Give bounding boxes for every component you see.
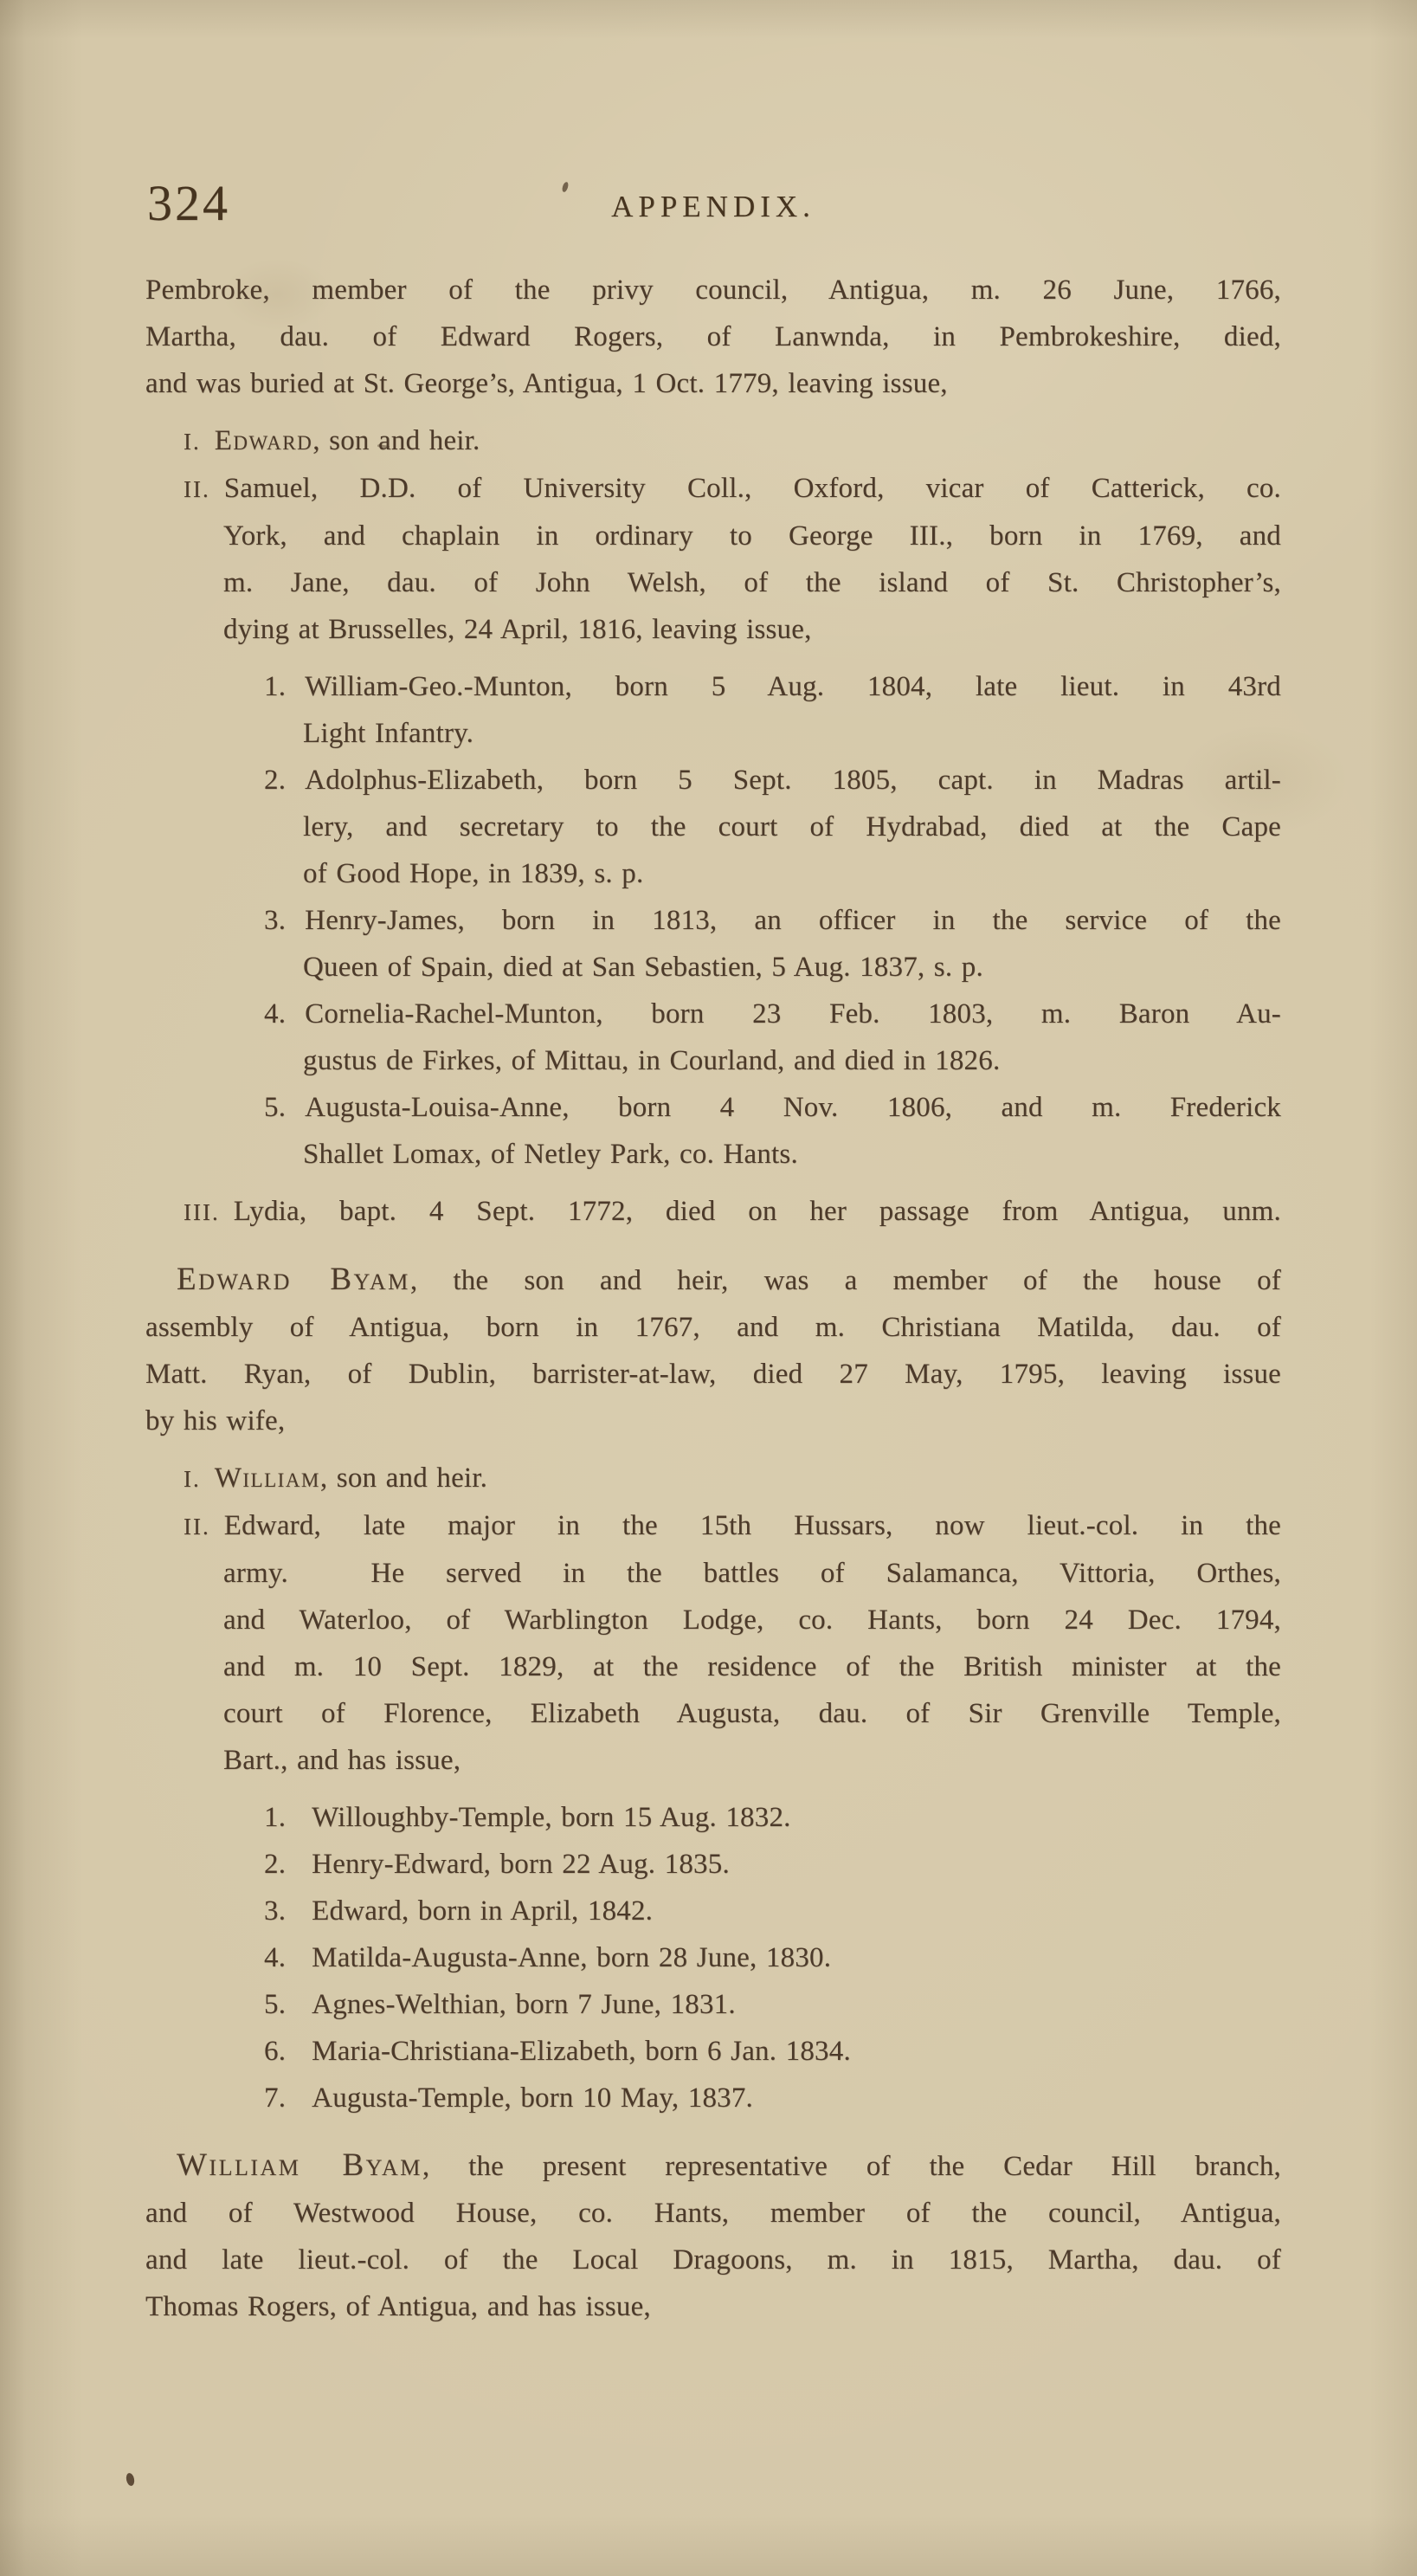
person-name: William Byam <box>177 2147 422 2183</box>
text-run: William-Geo.-Munton, born 5 Aug. 1804, l… <box>305 671 1281 702</box>
text-line: Pembroke, member of the privy council, A… <box>145 267 1281 313</box>
text-line: 3.Henry-James, born in 1813, an officer … <box>303 897 1281 944</box>
sublist-edward-children: 1.Willoughby-Temple, born 15 Aug. 1832. … <box>145 1794 1281 2121</box>
list-marker: 3. <box>264 1895 286 1927</box>
list-marker: 3. <box>264 905 286 936</box>
list-item: 1.William-Geo.-Munton, born 5 Aug. 1804,… <box>145 663 1281 757</box>
text-line: gustus de Firkes, of Mittau, in Courland… <box>303 1037 1281 1084</box>
list-marker: 1. <box>264 671 286 702</box>
text-line: lery, and secretary to the court of Hydr… <box>303 804 1281 850</box>
text-line: York, and chaplain in ordinary to George… <box>223 513 1281 559</box>
text-run: Augusta-Louisa-Anne, born 4 Nov. 1806, a… <box>305 1092 1281 1123</box>
paragraph-edward-byam: Edward Byam, the son and heir, was a mem… <box>145 1256 1281 1444</box>
text-line: and was buried at St. George’s, Antigua,… <box>145 360 1281 407</box>
text-run: Maria-Christiana-Elizabeth, born 6 Jan. … <box>312 2036 851 2067</box>
person-name: Edward Byam <box>177 1262 410 1297</box>
text-run: Edward, born in April, 1842. <box>312 1895 653 1927</box>
text-run: , son and heir. <box>320 1462 487 1494</box>
list-marker: 4. <box>264 998 286 1030</box>
list-marker: 6. <box>264 2036 286 2067</box>
text-run: Willoughby-Temple, born 15 Aug. 1832. <box>312 1802 790 1833</box>
text-line: William Byam, the present representative… <box>145 2142 1281 2190</box>
list-marker: I. <box>184 429 201 455</box>
list-marker: 4. <box>264 1942 286 1973</box>
list-marker: I. <box>184 1466 201 1492</box>
scanned-book-page: 324 APPENDIX. Pembroke, member of the pr… <box>0 0 1417 2576</box>
list-item-edward-heir: I.Edward, son and heir. <box>145 417 1281 465</box>
text-line: army. He served in the battles of Salama… <box>223 1550 1281 1597</box>
list-item: 1.Willoughby-Temple, born 15 Aug. 1832. <box>145 1794 1281 1841</box>
text-line: III.Lydia, bapt. 4 Sept. 1772, died on h… <box>223 1188 1281 1236</box>
text-run: Adolphus-Elizabeth, born 5 Sept. 1805, c… <box>305 765 1281 796</box>
text-line: by his wife, <box>145 1398 1281 1444</box>
text-line: 1.William-Geo.-Munton, born 5 Aug. 1804,… <box>303 663 1281 710</box>
page-body: Pembroke, member of the privy council, A… <box>145 267 1281 2330</box>
text-line: II.Samuel, D.D. of University Coll., Oxf… <box>223 465 1281 513</box>
text-line: of Good Hope, in 1839, s. p. <box>303 850 1281 897</box>
text-run: Edward, late major in the 15th Hussars, … <box>224 1510 1281 1541</box>
person-name: William <box>215 1462 320 1494</box>
text-line: Martha, dau. of Edward Rogers, of Lanwnd… <box>145 313 1281 360</box>
text-run: Matilda-Augusta-Anne, born 28 June, 1830… <box>312 1942 831 1973</box>
text-line: 1.Willoughby-Temple, born 15 Aug. 1832. <box>303 1794 1281 1841</box>
list-item-samuel: II.Samuel, D.D. of University Coll., Oxf… <box>145 465 1281 653</box>
list-marker: 2. <box>264 765 286 796</box>
text-line: 5.Augusta-Louisa-Anne, born 4 Nov. 1806,… <box>303 1084 1281 1131</box>
text-line: m. Jane, dau. of John Welsh, of the isla… <box>223 559 1281 606</box>
list-item: 3.Edward, born in April, 1842. <box>145 1888 1281 1934</box>
list-item: 3.Henry-James, born in 1813, an officer … <box>145 897 1281 991</box>
list-marker: II. <box>184 1514 210 1540</box>
list-marker: 5. <box>264 1092 286 1123</box>
text-line: 4.Cornelia-Rachel-Munton, born 23 Feb. 1… <box>303 991 1281 1037</box>
text-line: 5.Agnes-Welthian, born 7 June, 1831. <box>303 1981 1281 2028</box>
text-run: , son and heir. <box>312 425 480 456</box>
text-run: , the son and heir, was a member of the … <box>410 1265 1281 1296</box>
list-item: 5.Augusta-Louisa-Anne, born 4 Nov. 1806,… <box>145 1084 1281 1178</box>
list-item-william-heir: I.William, son and heir. <box>145 1455 1281 1502</box>
list-marker: 2. <box>264 1849 286 1880</box>
paragraph-pembroke: Pembroke, member of the privy council, A… <box>145 267 1281 407</box>
list-item: 7.Augusta-Temple, born 10 May, 1837. <box>145 2075 1281 2121</box>
text-line: 4.Matilda-Augusta-Anne, born 28 June, 18… <box>303 1934 1281 1981</box>
running-head: APPENDIX. <box>145 191 1281 222</box>
person-name: Edward <box>215 425 313 456</box>
text-line: Shallet Lomax, of Netley Park, co. Hants… <box>303 1131 1281 1178</box>
text-line: Bart., and has issue, <box>223 1737 1281 1784</box>
list-item: 2.Adolphus-Elizabeth, born 5 Sept. 1805,… <box>145 757 1281 897</box>
text-line: I.William, son and heir. <box>223 1455 1281 1502</box>
text-line: Light Infantry. <box>303 710 1281 757</box>
text-line: 3.Edward, born in April, 1842. <box>303 1888 1281 1934</box>
paragraph-william-byam: William Byam, the present representative… <box>145 2142 1281 2330</box>
list-item-lydia: III.Lydia, bapt. 4 Sept. 1772, died on h… <box>145 1188 1281 1236</box>
text-line: and m. 10 Sept. 1829, at the residence o… <box>223 1643 1281 1690</box>
text-line: and of Westwood House, co. Hants, member… <box>145 2190 1281 2237</box>
text-line: 7.Augusta-Temple, born 10 May, 1837. <box>303 2075 1281 2121</box>
list-marker: II. <box>184 476 210 502</box>
text-line: I.Edward, son and heir. <box>223 417 1281 465</box>
text-run: Agnes-Welthian, born 7 June, 1831. <box>312 1989 736 2020</box>
text-line: and Waterloo, of Warblington Lodge, co. … <box>223 1597 1281 1643</box>
text-run: Augusta-Temple, born 10 May, 1837. <box>312 2082 753 2114</box>
text-run: , the present representative of the Ceda… <box>422 2151 1281 2182</box>
ink-speck <box>126 2472 136 2487</box>
list-item: 6.Maria-Christiana-Elizabeth, born 6 Jan… <box>145 2028 1281 2075</box>
text-run: Lydia, bapt. 4 Sept. 1772, died on her p… <box>234 1196 1281 1227</box>
list-marker: 1. <box>264 1802 286 1833</box>
list-item: 2.Henry-Edward, born 22 Aug. 1835. <box>145 1841 1281 1888</box>
list-marker: III. <box>184 1199 220 1225</box>
text-line: 2.Adolphus-Elizabeth, born 5 Sept. 1805,… <box>303 757 1281 804</box>
list-item-edward-major: II.Edward, late major in the 15th Hussar… <box>145 1502 1281 1784</box>
text-line: Thomas Rogers, of Antigua, and has issue… <box>145 2283 1281 2330</box>
list-item: 4.Cornelia-Rachel-Munton, born 23 Feb. 1… <box>145 991 1281 1084</box>
text-line: Edward Byam, the son and heir, was a mem… <box>145 1256 1281 1304</box>
sublist-samuel-children: 1.William-Geo.-Munton, born 5 Aug. 1804,… <box>145 663 1281 1178</box>
text-line: dying at Brusselles, 24 April, 1816, lea… <box>223 606 1281 653</box>
text-line: court of Florence, Elizabeth Augusta, da… <box>223 1690 1281 1737</box>
list-item: 5.Agnes-Welthian, born 7 June, 1831. <box>145 1981 1281 2028</box>
text-line: Matt. Ryan, of Dublin, barrister-at-law,… <box>145 1351 1281 1398</box>
text-line: and late lieut.-col. of the Local Dragoo… <box>145 2237 1281 2283</box>
list-marker: 5. <box>264 1989 286 2020</box>
list-marker: 7. <box>264 2082 286 2114</box>
text-run: Samuel, D.D. of University Coll., Oxford… <box>224 473 1281 504</box>
text-line: Queen of Spain, died at San Sebastien, 5… <box>303 944 1281 991</box>
text-run: Cornelia-Rachel-Munton, born 23 Feb. 180… <box>305 998 1281 1030</box>
text-run: Henry-James, born in 1813, an officer in… <box>305 905 1281 936</box>
list-item: 4.Matilda-Augusta-Anne, born 28 June, 18… <box>145 1934 1281 1981</box>
text-run: Henry-Edward, born 22 Aug. 1835. <box>312 1849 730 1880</box>
text-line: 2.Henry-Edward, born 22 Aug. 1835. <box>303 1841 1281 1888</box>
text-line: assembly of Antigua, born in 1767, and m… <box>145 1304 1281 1351</box>
text-line: 6.Maria-Christiana-Elizabeth, born 6 Jan… <box>303 2028 1281 2075</box>
text-line: II.Edward, late major in the 15th Hussar… <box>223 1502 1281 1550</box>
